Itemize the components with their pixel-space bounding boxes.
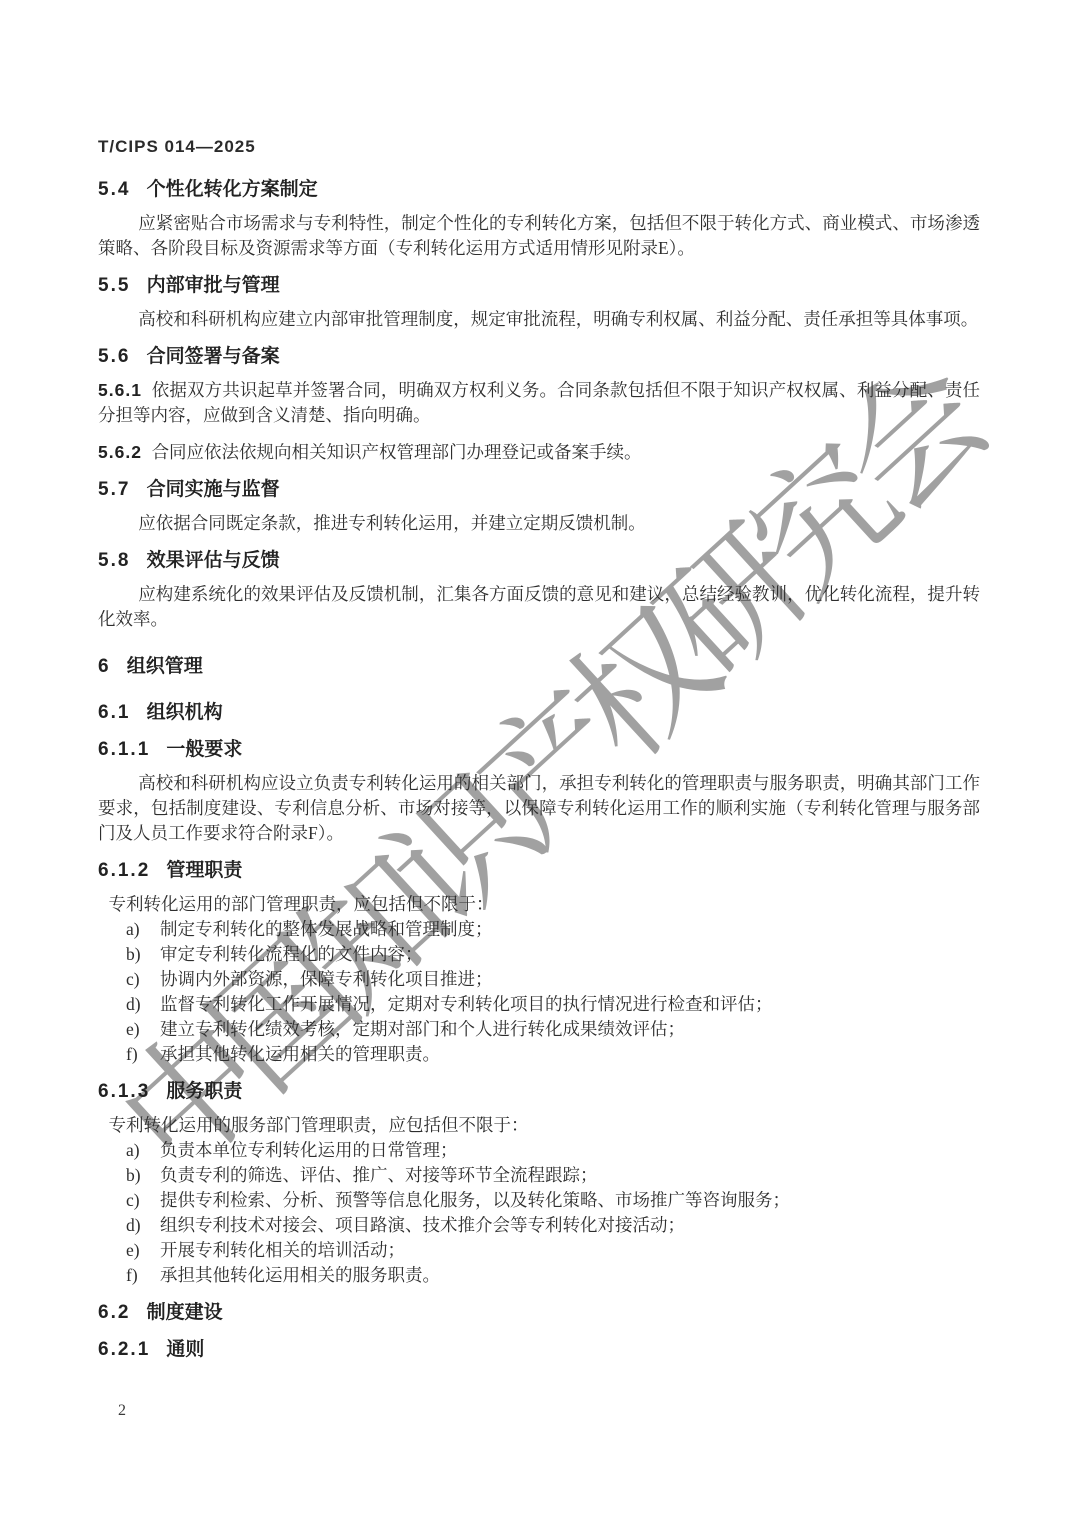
list-item-text: 开展专利转化相关的培训活动； xyxy=(160,1240,405,1260)
duty-list-6-1-2: a)制定专利转化的整体发展战略和管理制度； b)审定专利转化流程化的文件内容； … xyxy=(98,917,980,1067)
section-heading-5-6: 5.6合同签署与备案 xyxy=(98,344,980,370)
heading-title: 合同签署与备案 xyxy=(147,346,280,367)
list-item: d)组织专利技术对接会、项目路演、技术推介会等专利转化对接活动； xyxy=(98,1213,980,1238)
list-marker: f) xyxy=(126,1263,138,1288)
heading-number: 5.4 xyxy=(98,177,130,203)
list-marker: e) xyxy=(126,1017,140,1042)
list-item-text: 提供专利检索、分析、预警等信息化服务，以及转化策略、市场推广等咨询服务； xyxy=(160,1190,790,1210)
section-heading-5-8: 5.8效果评估与反馈 xyxy=(98,548,980,574)
heading-number: 5.8 xyxy=(98,548,130,574)
heading-number: 6.1 xyxy=(98,700,130,726)
list-item: e)建立专利转化绩效考核，定期对部门和个人进行转化成果绩效评估； xyxy=(98,1017,980,1042)
section-heading-5-4: 5.4个性化转化方案制定 xyxy=(98,177,980,203)
duty-list-6-1-3: a)负责本单位专利转化运用的日常管理； b)负责专利的筛选、评估、推广、对接等环… xyxy=(98,1138,980,1288)
list-item: d)监督专利转化工作开展情况，定期对专利转化项目的执行情况进行检查和评估； xyxy=(98,992,980,1017)
heading-number: 6.2.1 xyxy=(98,1337,150,1363)
heading-number: 6.1.1 xyxy=(98,737,150,763)
section-heading-6-1-1: 6.1.1一般要求 xyxy=(98,737,980,763)
heading-title: 效果评估与反馈 xyxy=(147,550,280,571)
paragraph-5-8: 应构建系统化的效果评估及反馈机制，汇集各方面反馈的意见和建议，总结经验教训，优化… xyxy=(98,582,980,632)
clause-number: 5.6.2 xyxy=(98,442,142,462)
heading-title: 一般要求 xyxy=(166,739,242,760)
section-heading-6-1: 6.1组织机构 xyxy=(98,700,980,726)
section-heading-5-5: 5.5内部审批与管理 xyxy=(98,273,980,299)
list-item-text: 协调内外部资源，保障专利转化项目推进； xyxy=(160,969,493,989)
list-item: f)承担其他转化运用相关的服务职责。 xyxy=(98,1263,980,1288)
heading-title: 合同实施与监督 xyxy=(147,479,280,500)
clause-text: 依据双方共识起草并签署合同，明确双方权利义务。合同条款包括但不限于知识产权权属、… xyxy=(98,380,980,425)
list-item: c)协调内外部资源，保障专利转化项目推进； xyxy=(98,967,980,992)
list-marker: b) xyxy=(126,942,141,967)
heading-number: 6.1.3 xyxy=(98,1079,150,1105)
list-marker: b) xyxy=(126,1163,141,1188)
paragraph-5-4: 应紧密贴合市场需求与专利特性，制定个性化的专利转化方案，包括但不限于转化方式、商… xyxy=(98,211,980,261)
list-marker: d) xyxy=(126,992,141,1017)
list-item-text: 审定专利转化流程化的文件内容； xyxy=(160,944,423,964)
list-marker: d) xyxy=(126,1213,141,1238)
paragraph-5-7: 应依据合同既定条款，推进专利转化运用，并建立定期反馈机制。 xyxy=(98,511,980,536)
list-item-text: 承担其他转化运用相关的服务职责。 xyxy=(160,1265,440,1285)
list-item-text: 承担其他转化运用相关的管理职责。 xyxy=(160,1044,440,1064)
list-item: a)制定专利转化的整体发展战略和管理制度； xyxy=(98,917,980,942)
heading-title: 制度建设 xyxy=(147,1302,223,1323)
list-item: a)负责本单位专利转化运用的日常管理； xyxy=(98,1138,980,1163)
list-intro-6-1-3: 专利转化运用的服务部门管理职责，应包括但不限于： xyxy=(98,1113,980,1138)
page-number: 2 xyxy=(118,1402,126,1420)
list-item: c)提供专利检索、分析、预警等信息化服务，以及转化策略、市场推广等咨询服务； xyxy=(98,1188,980,1213)
heading-title: 组织管理 xyxy=(127,656,203,677)
list-marker: a) xyxy=(126,917,140,942)
paragraph-5-5: 高校和科研机构应建立内部审批管理制度，规定审批流程，明确专利权属、利益分配、责任… xyxy=(98,307,980,332)
heading-number: 5.6 xyxy=(98,344,130,370)
clause-5-6-2: 5.6.2合同应依法依规向相关知识产权管理部门办理登记或备案手续。 xyxy=(98,440,980,465)
heading-title: 内部审批与管理 xyxy=(147,275,280,296)
clause-number: 5.6.1 xyxy=(98,380,142,400)
heading-number: 6.1.2 xyxy=(98,858,150,884)
list-item-text: 负责本单位专利转化运用的日常管理； xyxy=(160,1140,458,1160)
list-marker: f) xyxy=(126,1042,138,1067)
list-item-text: 建立专利转化绩效考核，定期对部门和个人进行转化成果绩效评估； xyxy=(160,1019,685,1039)
heading-title: 个性化转化方案制定 xyxy=(147,179,318,200)
list-item: f)承担其他转化运用相关的管理职责。 xyxy=(98,1042,980,1067)
section-heading-5-7: 5.7合同实施与监督 xyxy=(98,477,980,503)
document-page: 中国知识产权研究会 T/CIPS 014—2025 5.4个性化转化方案制定 应… xyxy=(0,0,1080,1527)
heading-title: 组织机构 xyxy=(147,702,223,723)
heading-number: 5.5 xyxy=(98,273,130,299)
section-heading-6-1-2: 6.1.2管理职责 xyxy=(98,858,980,884)
list-marker: a) xyxy=(126,1138,140,1163)
list-item-text: 组织专利技术对接会、项目路演、技术推介会等专利转化对接活动； xyxy=(160,1215,685,1235)
clause-text: 合同应依法依规向相关知识产权管理部门办理登记或备案手续。 xyxy=(152,442,642,462)
page-content: T/CIPS 014—2025 5.4个性化转化方案制定 应紧密贴合市场需求与专… xyxy=(98,137,980,1363)
paragraph-6-1-1: 高校和科研机构应设立负责专利转化运用的相关部门，承担专利转化的管理职责与服务职责… xyxy=(98,771,980,846)
section-heading-6-1-3: 6.1.3服务职责 xyxy=(98,1079,980,1105)
heading-title: 通则 xyxy=(166,1339,204,1360)
heading-number: 6 xyxy=(98,654,111,680)
list-item-text: 负责专利的筛选、评估、推广、对接等环节全流程跟踪； xyxy=(160,1165,598,1185)
list-item: b)负责专利的筛选、评估、推广、对接等环节全流程跟踪； xyxy=(98,1163,980,1188)
list-item-text: 监督专利转化工作开展情况，定期对专利转化项目的执行情况进行检查和评估； xyxy=(160,994,773,1014)
section-heading-6-2-1: 6.2.1通则 xyxy=(98,1337,980,1363)
list-marker: e) xyxy=(126,1238,140,1263)
doc-code-header: T/CIPS 014—2025 xyxy=(98,137,980,157)
heading-number: 6.2 xyxy=(98,1300,130,1326)
list-marker: c) xyxy=(126,1188,140,1213)
chapter-heading-6: 6组织管理 xyxy=(98,654,980,680)
list-item: b)审定专利转化流程化的文件内容； xyxy=(98,942,980,967)
list-item: e)开展专利转化相关的培训活动； xyxy=(98,1238,980,1263)
section-heading-6-2: 6.2制度建设 xyxy=(98,1300,980,1326)
list-intro-6-1-2: 专利转化运用的部门管理职责，应包括但不限于： xyxy=(98,892,980,917)
list-item-text: 制定专利转化的整体发展战略和管理制度； xyxy=(160,919,493,939)
heading-title: 管理职责 xyxy=(166,860,242,881)
heading-number: 5.7 xyxy=(98,477,130,503)
heading-title: 服务职责 xyxy=(166,1081,242,1102)
clause-5-6-1: 5.6.1依据双方共识起草并签署合同，明确双方权利义务。合同条款包括但不限于知识… xyxy=(98,378,980,428)
list-marker: c) xyxy=(126,967,140,992)
